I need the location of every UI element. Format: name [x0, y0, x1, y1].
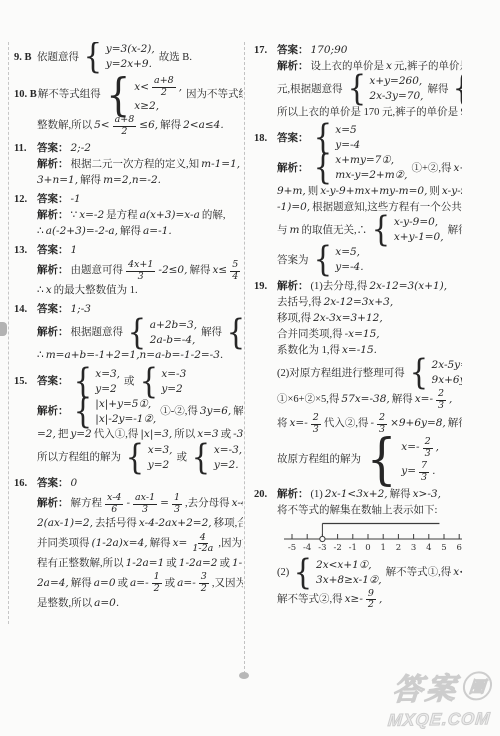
text-run: 2<a≤4.	[182, 119, 225, 133]
answer-item: 13.答案：1解析：由题意可得4x+13-2≤0,解得x≤54,∴x的最大整数值…	[14, 244, 243, 299]
cases-row: 2x-5y=-13①,	[431, 359, 462, 373]
text-run: 170;90	[310, 44, 349, 58]
answer-key-page: 9. B依题意得{y=3(x-2),y=2x+9.故选 B.10. B解不等式组…	[0, 0, 500, 736]
fraction: 23	[311, 413, 321, 436]
cases-brace-group: {x<a+82,x≥2,	[104, 76, 183, 114]
text-line: (2){2x<x+1①,3x+8≥x-1②,解不等式①,得x<1,	[276, 559, 462, 588]
cases-row: 2x-3y=70,	[368, 90, 424, 104]
cases-brace-group: {x+y=260,2x-3y=70,	[346, 75, 425, 104]
text-run: 解得	[149, 537, 172, 551]
fraction: 4x+13	[126, 260, 155, 283]
left-brace: {	[139, 368, 158, 397]
left-brace: {	[372, 216, 391, 245]
text-line: 解析：∵x=-2是方程a(x+3)=x-a的解,	[36, 209, 243, 224]
section-label: 解析：	[36, 209, 70, 223]
cases-brace-group: {|x|+y=5①,|x|-2y=-1②,	[72, 398, 158, 427]
section-label: 解析：	[276, 280, 310, 294]
text-run: m	[289, 224, 301, 238]
text-run: 的取值无关,∴	[300, 224, 368, 238]
fraction: ax-13	[133, 493, 157, 516]
fraction: 23	[423, 437, 433, 460]
fraction: 12	[152, 572, 162, 595]
text-run: 2a-b=-4,	[149, 334, 197, 348]
fraction: 32	[199, 572, 209, 595]
left-brace: {	[73, 398, 92, 427]
text-run: 2a=4,	[36, 577, 70, 591]
watermark-brand-circle: 圈	[461, 671, 493, 701]
text-run: 1;-3	[70, 303, 92, 317]
cases-row: y=2	[94, 383, 117, 397]
text-run: x>-3,	[412, 488, 442, 502]
cases-rows: x=5y=-4	[334, 124, 361, 153]
fraction: 54	[230, 260, 240, 283]
text-run: 系数化为 1,得	[276, 344, 341, 358]
cases-row: x+y=260,	[368, 75, 423, 89]
text-line: 解析：由题意可得4x+13-2≤0,解得x≤54,	[36, 260, 243, 283]
text-line: (2)对原方程组进行整理可得{2x-5y=-13①,9x+6y=8②,	[276, 359, 462, 388]
svg-text:4: 4	[426, 543, 431, 553]
text-line: 程有正整数解,所以1-2a=1或1-2a=2或1-	[36, 556, 243, 571]
cases-row: y=3(x-2),	[105, 43, 156, 57]
watermark-brand: 答案圈	[388, 663, 494, 709]
number-line: -5-4-3-2-10123456	[284, 520, 462, 553]
fraction-denominator: 2	[119, 127, 129, 138]
text-run: x=5	[334, 124, 357, 138]
text-run: 2x-12=3x+3,	[323, 296, 395, 310]
cases-row: x+y-1=0,	[393, 231, 445, 245]
text-line: 2(ax-1)=2,去括号得x-4-2ax+2=2,移项,合	[36, 517, 243, 532]
text-run: 2(ax-1)=2,	[36, 517, 94, 531]
text-run: a(x+3)=x-a	[139, 209, 201, 223]
watermark-site-url: MXQE.COM	[387, 709, 491, 731]
text-run: 9x+6y=8②,	[431, 374, 462, 388]
cases-rows: x=-3,y=2.	[213, 444, 243, 473]
cases-row: 9x+6y=8②,	[431, 374, 462, 388]
text-run: 解得	[447, 224, 462, 238]
section-label: 答案：	[36, 303, 70, 317]
text-run: 去括号,得	[276, 296, 323, 310]
cases-rows: x<a+82,x≥2,	[133, 76, 183, 114]
text-line: 解析：根据题意得{a+2b=3,2a-b=-4,解得{a=-1,b=2,	[36, 319, 243, 348]
text-line: 9+m,则x-y-9+mx+my-m=0,则x-y-9+m(x+y	[276, 184, 462, 199]
cases-row: |x|-2y=-1②,	[94, 413, 157, 427]
text-run: 或	[218, 557, 231, 571]
problem-number: 12.	[14, 193, 36, 207]
text-run: 所以方程组的解为	[36, 451, 122, 465]
text-run: 5<	[93, 119, 110, 133]
text-run: 2;-2	[70, 142, 92, 156]
text-run: 0	[70, 477, 79, 491]
cases-row: x=5,	[334, 246, 361, 260]
text-run: 与	[276, 224, 289, 238]
fraction-denominator: 3	[136, 272, 146, 283]
text-run: x=-2	[78, 209, 105, 223]
section-label: 解析：	[276, 488, 310, 502]
text-run: 3y=6,	[199, 405, 232, 419]
text-run: 2x-3y=70,	[368, 90, 424, 104]
text-run: a+2b=3,	[149, 319, 198, 333]
fraction-denominator: 3	[436, 401, 446, 412]
text-run: 2x-5y=-13①,	[431, 359, 462, 373]
text-line: 答案为{x=5,y=-4.	[276, 246, 462, 275]
text-run: 解得	[391, 393, 414, 407]
text-run: 的解,	[201, 209, 227, 223]
text-run: 根据题意得	[70, 326, 125, 340]
cases-brace-group: {a+2b=3,2a-b=-4,	[126, 319, 198, 348]
text-run: y=	[400, 465, 417, 479]
fraction-denominator: 2	[199, 584, 209, 595]
text-run: 或	[117, 577, 130, 591]
text-run: a=-	[129, 577, 150, 591]
text-line: 3+n=1,解得m=2,n=-2.	[36, 174, 243, 189]
text-run: x+my+mx-y=	[453, 162, 463, 176]
text-run: 是方程	[105, 209, 139, 223]
text-run: x≥2,	[133, 100, 160, 114]
cases-rows: x-y-9=0,x+y-1=0,	[393, 216, 445, 245]
cases-brace-group: {x=170,y=90,	[451, 75, 462, 104]
cases-row: x+my=7①,	[334, 154, 395, 168]
text-run: |x|=3,	[139, 428, 173, 442]
svg-text:2: 2	[396, 543, 401, 553]
text-run: ,	[435, 441, 440, 455]
problem-number: 18.	[254, 132, 276, 146]
answer-item: 20.解析：(1)2x-1<3x+2,解得x>-3,将不等式的解集在数轴上表示如…	[254, 488, 462, 612]
text-run: 或	[165, 557, 178, 571]
text-line: 11.答案：2;-2	[14, 142, 243, 157]
answer-item: 11.答案：2;-2解析：根据二元一次方程的定义,知m-1=1,3+n=1,解得…	[14, 142, 243, 189]
text-line: 是整数,所以a=0.	[36, 596, 243, 611]
section-label: 答案：	[36, 244, 70, 258]
text-run: x+y-1=0,	[393, 231, 445, 245]
text-run: 解得	[70, 577, 93, 591]
cases-rows: x=5,y=-4.	[334, 246, 364, 275]
fraction-denominator: 3	[140, 505, 150, 516]
fraction: 73	[419, 461, 429, 484]
text-run: 解方程	[70, 497, 104, 511]
text-run: |x|-2y=-1②,	[94, 413, 157, 427]
text-run: x	[385, 60, 393, 74]
fraction: x-46	[105, 493, 123, 516]
text-run: ,因为方	[217, 537, 243, 551]
cases-brace-group: {x=-3y=2	[138, 368, 188, 397]
problem-number: 13.	[14, 244, 36, 258]
text-line: 20.解析：(1)2x-1<3x+2,解得x>-3,	[254, 488, 462, 503]
fraction-numerator: 2	[377, 413, 387, 425]
fraction-denominator: 3	[311, 425, 321, 436]
cases-rows: x+my=7①,mx-y=2+m②,	[334, 154, 408, 183]
left-brace: {	[313, 154, 332, 183]
text-line: ①×6+②×5,得57x=-38,解得x=-23,	[276, 389, 462, 412]
text-run: 元,根据题意得	[276, 83, 344, 97]
text-run: a=0.	[93, 597, 120, 611]
text-run: x-4-2ax+2=2,	[138, 517, 213, 531]
problem-number: 14.	[14, 303, 36, 317]
svg-text:-1: -1	[349, 543, 357, 553]
text-run: 故原方程组的解为	[276, 453, 362, 467]
text-run: 3x+8≥x-1②,	[315, 574, 383, 588]
text-run: -3,	[232, 428, 243, 442]
cases-rows: a+2b=3,2a-b=-4,	[149, 319, 198, 348]
text-run: y=2	[160, 383, 183, 397]
text-run: x-y-9+mx+my-m=0,	[319, 185, 428, 199]
text-run: =	[159, 497, 170, 511]
text-run: 解得	[447, 417, 462, 431]
text-run: x+y=260,	[368, 75, 423, 89]
text-run: 解得	[389, 488, 412, 502]
text-run: 1	[70, 244, 79, 258]
text-run: y=-4	[334, 139, 361, 153]
cases-brace-group: {x+my=7①,mx-y=2+m②,	[312, 154, 409, 183]
text-run: a(-2+3)=-2-a,	[45, 225, 119, 239]
fraction-numerator: 2	[311, 413, 321, 425]
text-run: x=-3,	[213, 444, 243, 458]
cases-row: y=-4.	[334, 261, 364, 275]
problem-number: 9. B	[14, 51, 36, 65]
text-run: 故选 B.	[158, 51, 193, 65]
problem-number: 16.	[14, 477, 36, 491]
section-label: 解析：	[36, 264, 70, 278]
section-label: 解析：	[36, 326, 70, 340]
text-run: x=	[172, 537, 189, 551]
text-line: 合并同类项,得-x=15,	[276, 327, 462, 342]
fraction-denominator: 2	[366, 600, 376, 611]
text-run: 去括号得	[94, 517, 138, 531]
text-run: ①-②,得	[159, 405, 199, 419]
answer-item: 15.答案：{x=3,y=2或{x=-3y=2解析：{|x|+y=5①,|x|-…	[14, 368, 243, 473]
fraction-denominator: 4	[230, 272, 240, 283]
problem-number: 10. B	[14, 88, 37, 102]
cases-row: a+2b=3,	[149, 319, 198, 333]
text-run: x	[45, 284, 53, 298]
cases-row: x=5	[334, 124, 357, 138]
text-run: x=-15.	[341, 344, 378, 358]
text-run: x-y-9=0,	[393, 216, 439, 230]
left-brace: {	[347, 75, 366, 104]
text-run: x=-3	[160, 368, 187, 382]
problem-number: 19.	[254, 280, 276, 294]
text-run: 1-2a=2	[178, 557, 219, 571]
text-line: -1)=0,根据题意知,这些方程有一个公共解,	[276, 200, 462, 215]
text-run: x-4-	[231, 497, 243, 511]
text-run: 整数解,所以	[36, 119, 93, 133]
text-run: 则	[428, 185, 441, 199]
text-line: 16.答案：0	[14, 477, 243, 492]
text-run: 解得	[200, 326, 223, 340]
text-run: 把	[57, 428, 70, 442]
text-line: 2a=4,解得a=0或a=-12或a=-32,又因为a	[36, 572, 243, 595]
fraction-numerator: 2	[423, 437, 433, 449]
text-run: 移项,合	[213, 517, 243, 531]
left-brace: {	[409, 359, 428, 388]
left-edge-tab-marker	[0, 322, 7, 336]
text-run: 1-	[231, 557, 243, 571]
fraction: 23	[436, 389, 446, 412]
fraction-numerator: 1	[172, 493, 182, 505]
problem-number: 15.	[14, 375, 36, 389]
text-run: 或	[123, 375, 136, 389]
problem-number: 11.	[14, 142, 36, 156]
text-run: ,	[242, 264, 243, 278]
text-line: 所以方程组的解为{x=3,y=2或{x=-3,y=2.	[36, 444, 243, 473]
cases-rows: 2x<x+1①,3x+8≥x-1②,	[315, 559, 383, 588]
cases-row: x≥2,	[133, 100, 160, 114]
text-run: ≤6,	[138, 119, 159, 133]
text-line: 15.答案：{x=3,y=2或{x=-3y=2	[14, 368, 243, 397]
answer-item: 17.答案：170;90解析：设上衣的单价是x元,裤子的单价是y元,根据题意得{…	[254, 43, 462, 120]
text-run: x≤	[211, 264, 228, 278]
text-line: 移项,得2x-3x=3+12,	[276, 311, 462, 326]
cases-rows: |x|+y=5①,|x|-2y=-1②,	[94, 398, 157, 427]
section-label: 答案：	[276, 132, 310, 146]
left-brace: {	[313, 246, 332, 275]
text-run: 程有正整数解,所以	[36, 557, 125, 571]
text-run: y=3(x-2),	[105, 43, 156, 57]
text-run: x<	[133, 81, 150, 95]
section-label: 答案：	[36, 193, 70, 207]
text-run: ,	[378, 593, 383, 607]
text-run: y=2.	[213, 459, 240, 473]
text-line: ∴a(-2+3)=-2-a,解得a=-1.	[36, 225, 243, 240]
text-run: 解得	[188, 264, 211, 278]
text-run: 依题意得	[36, 51, 80, 65]
cases-brace-group: {x=3,y=2	[124, 444, 174, 473]
fraction-denominator: 3	[172, 505, 182, 516]
answer-item: 16.答案：0解析：解方程x-46-ax-13=13,去分母得x-4-2(ax-…	[14, 477, 243, 612]
section-label: 答案：	[36, 477, 70, 491]
text-run: -	[125, 497, 131, 511]
text-run: 或	[176, 451, 189, 465]
text-line: 系数化为 1,得x=-15.	[276, 343, 462, 358]
answer-item: 18.答案：{x=5y=-4解析：{x+my=7①,mx-y=2+m②,①+②,…	[254, 124, 462, 275]
text-run: 或	[220, 428, 233, 442]
cases-brace-group: {x=5,y=-4.	[312, 246, 365, 275]
text-run: 将不等式的解集在数轴上表示如下:	[276, 504, 438, 518]
fraction-numerator: 5	[230, 260, 240, 272]
section-label: 解析：	[36, 497, 70, 511]
left-brace: {	[126, 444, 145, 473]
text-run: 答案为	[276, 254, 310, 268]
left-brace: {	[453, 75, 462, 104]
text-run: 的最大整数值为 1.	[53, 284, 139, 298]
text-run: ①×6+②×5,得	[276, 393, 340, 407]
text-run: =2,	[36, 428, 57, 442]
answer-item: 19.解析：(1)去分母,得2x-12=3(x+1),去括号,得2x-12=3x…	[254, 279, 462, 484]
fraction-numerator: x-4	[105, 493, 123, 505]
text-run: ,又因为	[211, 577, 243, 591]
text-run: a=-	[176, 577, 197, 591]
text-run: x=-	[400, 441, 420, 455]
text-run: 2x-12=3(x+1),	[368, 280, 448, 294]
answer-item: 12.答案：-1解析：∵x=-2是方程a(x+3)=x-a的解,∴a(-2+3)…	[14, 193, 243, 240]
text-run: 解得	[232, 405, 243, 419]
text-run: 解不等式①,得	[385, 566, 453, 580]
fraction-denominator: 1-2a	[190, 544, 215, 555]
problem-number: 20.	[254, 488, 276, 502]
text-run: ∴	[36, 284, 45, 298]
text-run: 9+m,	[276, 185, 307, 199]
cases-row: 2x<x+1①,	[315, 559, 373, 573]
text-run: y=-4.	[334, 261, 364, 275]
cases-row: x-y-9=0,	[393, 216, 439, 230]
section-label: 答案：	[276, 44, 310, 58]
text-run: -1)=0,	[276, 201, 311, 215]
left-brace: {	[227, 319, 243, 348]
text-run: 合并同类项,得	[276, 328, 344, 342]
cases-brace-group: {2x<x+1①,3x+8≥x-1②,	[292, 559, 382, 588]
text-run: x=-	[414, 393, 434, 407]
text-run: 解得	[159, 119, 182, 133]
text-line: 解析：根据二元一次方程的定义,知m-1=1,	[36, 158, 243, 173]
text-line: 整数解,所以5<a+82≤6,解得2<a≤4.	[36, 115, 243, 138]
text-run: ,去分母得	[184, 497, 231, 511]
text-run: 并同类项得	[36, 537, 91, 551]
text-run: ×9+6y=8,	[389, 417, 447, 431]
section-label: 答案：	[36, 375, 70, 389]
text-run: ∴	[36, 349, 45, 363]
section-label: 解析：	[276, 60, 310, 74]
text-line: 解析：{x+my=7①,mx-y=2+m②,①+②,得x+my+mx-y=	[276, 154, 462, 183]
text-run: a=-1.	[142, 225, 173, 239]
text-line: 19.解析：(1)去分母,得2x-12=3(x+1),	[254, 279, 462, 294]
text-run: -2≤0,	[157, 264, 188, 278]
left-brace: {	[294, 559, 313, 588]
cases-row: y=2	[160, 383, 183, 397]
text-run: .	[431, 465, 436, 479]
text-line: 解析：{|x|+y=5①,|x|-2y=-1②,①-②,得3y=6,解得y	[36, 398, 243, 427]
text-run: a=0	[93, 577, 117, 591]
text-run: 1-2a=1	[125, 557, 166, 571]
text-line: 17.答案：170;90	[254, 43, 462, 58]
text-line: 13.答案：1	[14, 244, 243, 259]
text-run: -1	[70, 193, 82, 207]
text-run: 因为不等式组有 4 个	[185, 88, 243, 102]
left-brace: {	[128, 319, 147, 348]
cases-rows: x=-23,y=73.	[400, 437, 440, 484]
svg-text:-4: -4	[303, 543, 311, 553]
text-run: 解得	[426, 83, 449, 97]
cases-rows: x=3,y=2	[147, 444, 174, 473]
text-run: x=5,	[334, 246, 361, 260]
text-run: 解得	[79, 174, 102, 188]
cases-row: x<a+82,	[133, 76, 183, 99]
section-label: 解析：	[36, 158, 70, 172]
left-brace: {	[192, 444, 211, 473]
text-run: 将	[276, 417, 289, 431]
text-run: 代入②,得	[323, 417, 370, 431]
text-run: 2x<x+1①,	[315, 559, 373, 573]
left-edge-dashed-border	[8, 42, 9, 624]
text-line: 并同类项得(1-2a)x=4,解得x=41-2a,因为方	[36, 533, 243, 556]
watermark: 答案圈 MXQE.COM	[387, 663, 495, 731]
svg-text:1: 1	[380, 543, 385, 553]
text-run: x=3,	[94, 368, 121, 382]
cases-brace-group: {x=-23,y=73.	[364, 437, 440, 484]
cases-row: x=-3,	[213, 444, 243, 458]
left-brace: {	[367, 437, 397, 484]
cases-rows: x=-3y=2	[160, 368, 187, 397]
text-run: x-y-9+m(x+y	[441, 185, 462, 199]
left-brace: {	[84, 43, 103, 72]
cases-brace-group: {x=-3,y=2.	[190, 444, 243, 473]
section-label: 解析：	[276, 162, 310, 176]
svg-text:-3: -3	[318, 543, 326, 553]
cases-brace-group: {2x-5y=-13①,9x+6y=8②,	[408, 359, 462, 388]
text-run: 解不等式②,得	[276, 593, 344, 607]
svg-text:3: 3	[411, 543, 416, 553]
text-line: 12.答案：-1	[14, 193, 243, 208]
text-run: 57x=-38,	[340, 393, 390, 407]
svg-text:6: 6	[456, 543, 461, 553]
